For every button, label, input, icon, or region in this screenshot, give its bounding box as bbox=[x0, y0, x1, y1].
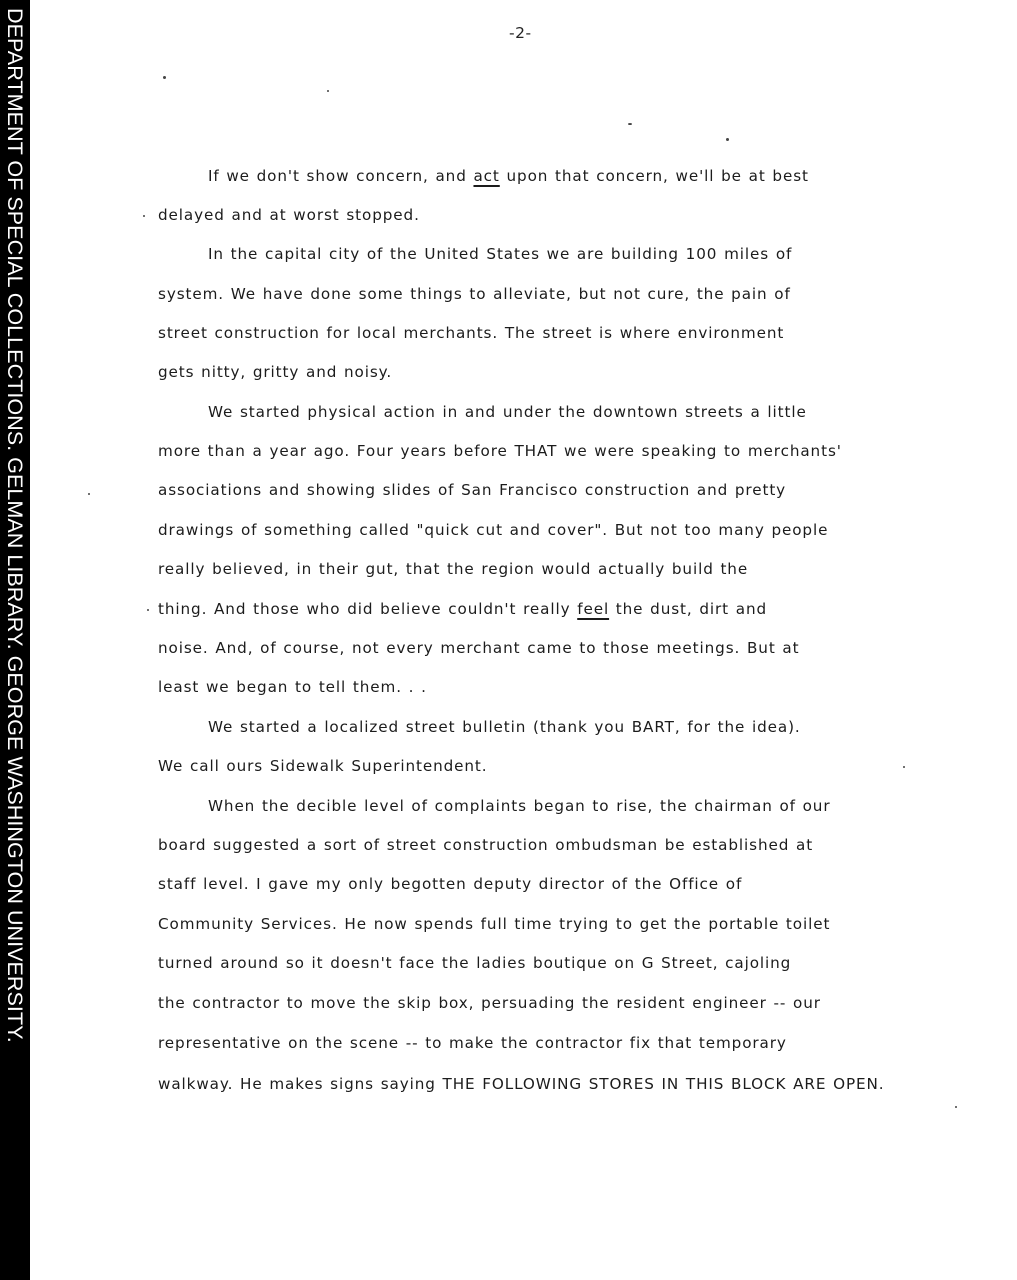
text-line: staff level. I gave my only begotten dep… bbox=[158, 874, 742, 894]
text-line: When the decible level of complaints beg… bbox=[208, 796, 830, 816]
text-line: associations and showing slides of San F… bbox=[158, 480, 786, 500]
scan-speck bbox=[88, 493, 90, 495]
scan-speck bbox=[955, 1106, 957, 1108]
scan-speck bbox=[327, 90, 329, 92]
text-line: If we don't show concern, and act upon t… bbox=[208, 166, 809, 186]
text-line: turned around so it doesn't face the lad… bbox=[158, 953, 791, 973]
text-line: walkway. He makes signs saying THE FOLLO… bbox=[158, 1074, 885, 1094]
scan-speck bbox=[163, 76, 166, 79]
text-line: In the capital city of the United States… bbox=[208, 244, 792, 264]
text-line: board suggested a sort of street constru… bbox=[158, 835, 813, 855]
text-line: system. We have done some things to alle… bbox=[158, 284, 791, 304]
text-line: gets nitty, gritty and noisy. bbox=[158, 362, 392, 382]
archive-credit-text: DEPARTMENT OF SPECIAL COLLECTIONS. GELMA… bbox=[0, 8, 30, 1043]
text-line: the contractor to move the skip box, per… bbox=[158, 993, 821, 1013]
text-line: We call ours Sidewalk Superintendent. bbox=[158, 756, 488, 776]
underlined-word: act bbox=[473, 167, 499, 185]
text-line: least we began to tell them. . . bbox=[158, 677, 427, 697]
scan-speck bbox=[726, 138, 729, 141]
text-line: We started a localized street bulletin (… bbox=[208, 717, 801, 737]
text-line: representative on the scene -- to make t… bbox=[158, 1033, 787, 1053]
scan-speck bbox=[143, 215, 145, 217]
text-line: thing. And those who did believe couldn'… bbox=[158, 599, 767, 619]
text-line: really believed, in their gut, that the … bbox=[158, 559, 748, 579]
archive-side-band: DEPARTMENT OF SPECIAL COLLECTIONS. GELMA… bbox=[0, 0, 30, 1280]
scan-speck bbox=[628, 123, 632, 125]
scan-speck bbox=[147, 609, 149, 611]
text-line: delayed and at worst stopped. bbox=[158, 205, 420, 225]
text-line: We started physical action in and under … bbox=[208, 402, 807, 422]
page-number: -2- bbox=[509, 24, 532, 42]
text-line: drawings of something called "quick cut … bbox=[158, 520, 828, 540]
scan-speck bbox=[903, 766, 905, 768]
text-line: noise. And, of course, not every merchan… bbox=[158, 638, 799, 658]
text-line: Community Services. He now spends full t… bbox=[158, 914, 830, 934]
text-line: more than a year ago. Four years before … bbox=[158, 441, 842, 461]
text-line: street construction for local merchants.… bbox=[158, 323, 784, 343]
underlined-word: feel bbox=[577, 600, 609, 618]
